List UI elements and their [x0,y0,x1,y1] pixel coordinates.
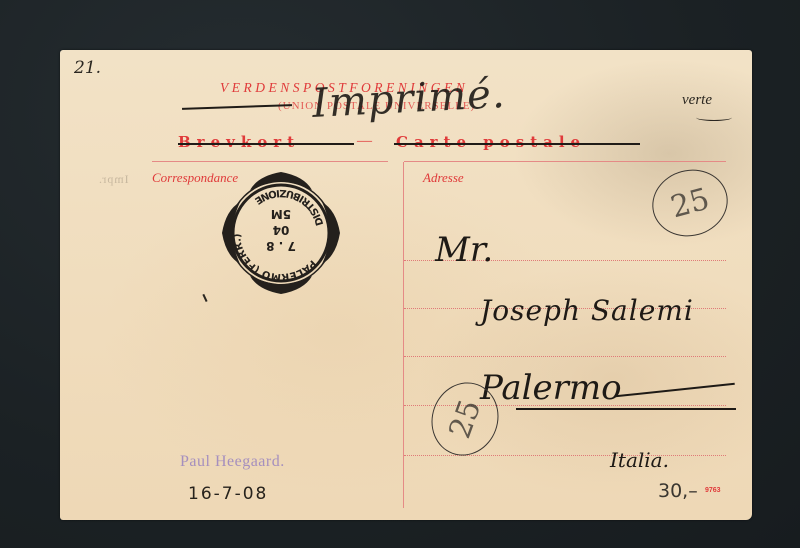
price-mark: 30,– [658,480,698,502]
city-flourish [615,383,734,397]
strikethrough-union [182,104,292,109]
postcard: 21. VERDENSPOSTFORENINGEN (UNION POSTALE… [60,50,752,520]
center-divider [403,162,404,508]
svg-text:5M: 5M [271,207,291,221]
address-country: Italia. [610,448,669,472]
verso-note: verte [682,92,712,109]
corner-number: 21. [74,58,101,78]
strikethrough-brevkort [178,143,354,145]
address-salutation: Mr. [435,230,493,270]
svg-text:04: 04 [273,223,290,237]
city-underline [516,408,736,410]
svg-text:7 . 8: 7 . 8 [266,239,296,253]
handwritten-imprime: Imprimé. [311,71,507,127]
strikethrough-carte [394,143,640,145]
ghost-offset-text: Impr. [98,172,129,187]
card-type-danish: Brevkort [178,133,300,151]
ink-mark [202,294,207,302]
verso-underline [696,114,732,121]
tax-mark-upper: 25 [645,161,735,244]
address-line-3 [404,356,726,357]
card-code: 9763 [705,487,721,494]
tax-mark-upper-value: 25 [667,181,713,225]
postmark-cancel-icon: 7 . 8 04 5M PALERMO (FERR.) DISTRIBUZION… [210,162,352,304]
card-type-french: Carte postale [396,133,586,151]
address-name: Joseph Salemi [480,294,694,327]
header-rule-right [404,161,726,162]
tax-mark-lower-value: 25 [442,395,488,443]
collector-date: 16-7-08 [188,484,268,504]
separator: — [357,133,372,150]
address-city: Palermo [480,368,622,408]
collector-stamp: Paul Heegaard. [180,453,285,471]
label-adresse: Adresse [423,170,464,186]
address-line-5 [404,455,726,456]
